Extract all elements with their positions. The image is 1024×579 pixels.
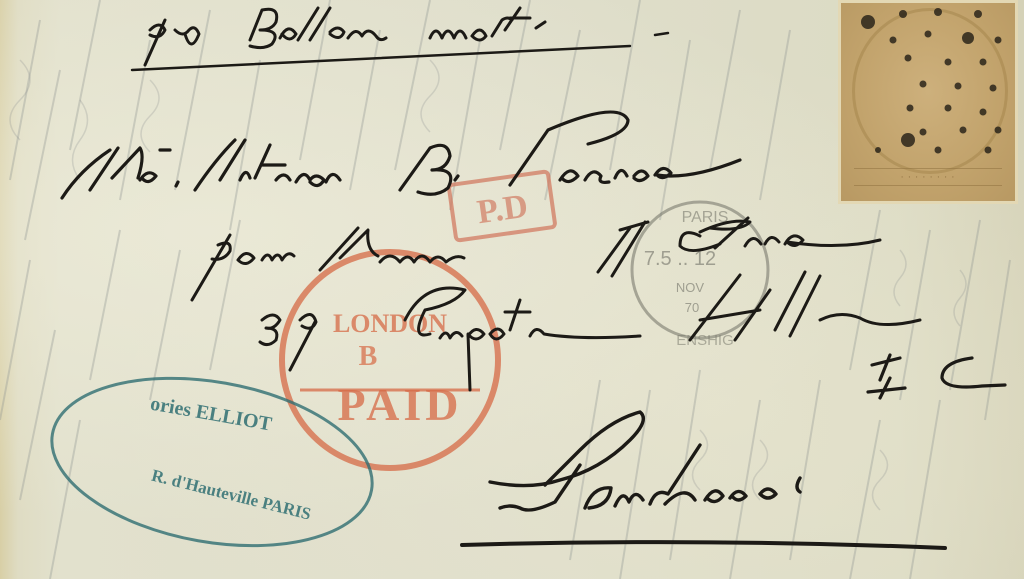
- envelope-cover: LONDON B PAID P.D PARIS 7.5 .. 12 NOV 70…: [0, 0, 1024, 579]
- postage-stamp: · · · · · · · ·: [838, 0, 1018, 204]
- star-dot-cancellation: [838, 0, 1018, 204]
